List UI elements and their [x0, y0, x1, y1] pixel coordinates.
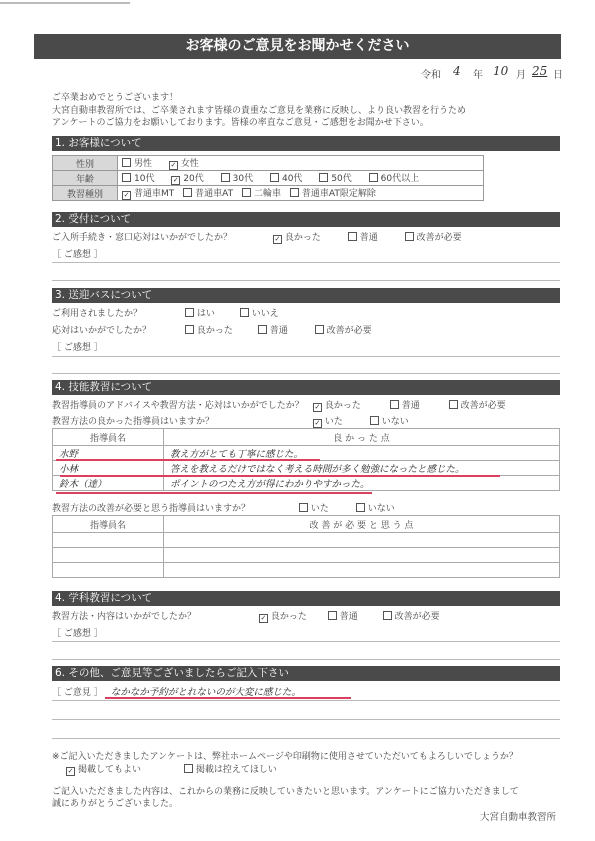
date-day-unit: 日: [553, 66, 563, 81]
table-row-gender: 性別 男性 ✓女性: [53, 156, 484, 171]
comment-line[interactable]: [52, 641, 560, 642]
checkbox-no[interactable]: いない: [370, 414, 409, 427]
classroom-question-row: 教習方法・内容はいかがでしたか？ ✓良かった 普通 改善が必要: [52, 609, 454, 623]
table-row: [53, 548, 560, 563]
age-options: 10代 ✓20代 30代 40代 50代 60代以上: [118, 171, 484, 186]
checked-checkbox-icon: ✓: [66, 767, 75, 776]
section-header-customer: 1. お客様について: [52, 136, 560, 151]
column-header-improvement-points: 改 善 が 必 要 と 思 う 点: [164, 516, 560, 533]
table-row: [53, 533, 560, 548]
checkbox-female[interactable]: ✓女性: [169, 156, 199, 170]
checkbox-icon: [185, 325, 194, 334]
row-label: 教習種別: [53, 186, 118, 201]
checkbox-icon: [405, 232, 414, 241]
checkbox-at-limit-removal[interactable]: 普通車AT限定解除: [290, 186, 376, 199]
question-text: 教習方法・内容はいかがでしたか？: [52, 609, 256, 622]
checkbox-icon: [383, 611, 392, 620]
checkbox-30s[interactable]: 30代: [221, 171, 253, 184]
checkbox-good[interactable]: 良かった: [185, 323, 233, 336]
checkbox-allow-publish[interactable]: ✓掲載してもよい: [66, 764, 141, 776]
checkbox-normal[interactable]: 普通: [348, 230, 378, 243]
checkbox-icon: [348, 232, 357, 241]
checkbox-icon: [258, 325, 267, 334]
highlight-underline: [105, 697, 351, 699]
checkbox-no[interactable]: いいえ: [240, 306, 279, 319]
checkbox-50s[interactable]: 50代: [319, 171, 351, 184]
section-header-other-comments: 6. その他、ご意見等ございましたらご記入下さい: [52, 666, 560, 681]
checked-checkbox-icon: ✓: [122, 191, 131, 200]
table-row-age: 年齢 10代 ✓20代 30代 40代 50代 60代以上: [53, 171, 484, 186]
intro-line: ご卒業おめでとうございます！: [52, 92, 572, 105]
classroom-comment-label: ［ ご感想 ］: [52, 626, 103, 639]
question-text: 教習指導員のアドバイスや教習方法・応対はいかがでしたか？: [52, 398, 310, 411]
question-text: ご入所手続き・窓口応対はいかがでしたか？: [52, 230, 270, 243]
checkbox-no[interactable]: いない: [356, 501, 395, 514]
comment-line[interactable]: [52, 719, 560, 720]
checkbox-icon: [240, 308, 249, 317]
checkbox-good[interactable]: ✓良かった: [313, 398, 361, 412]
checkbox-icon: [183, 188, 192, 197]
section-header-skills-training: 4. 技能教習について: [52, 380, 560, 395]
comment-line[interactable]: [52, 356, 560, 357]
checkbox-icon: [369, 173, 378, 182]
comment-line[interactable]: [52, 738, 560, 739]
intro-line: アンケートのご協力をお願いしております。皆様の率直なご意見・ご感想をお聞かせ下さ…: [52, 117, 572, 130]
comment-label: ［ ご意見 ］: [52, 685, 108, 698]
checkbox-icon: [370, 416, 379, 425]
checkbox-icon: [315, 325, 324, 334]
improvement-comment[interactable]: [164, 548, 560, 563]
checkbox-icon: [221, 173, 230, 182]
highlight-underline: [56, 459, 320, 461]
improvement-comment[interactable]: [164, 533, 560, 548]
reception-comment-label: ［ ご感想 ］: [52, 247, 103, 260]
question-text: 教習方法の改善が必要と思う指導員はいますか？: [52, 501, 296, 514]
table-header-row: 指導員名 改 善 が 必 要 と 思 う 点: [53, 516, 560, 533]
checkbox-icon: [122, 158, 131, 167]
checkbox-icon: [390, 400, 399, 409]
bus-comment-label: ［ ご感想 ］: [52, 340, 103, 353]
date-day[interactable]: 25: [532, 64, 547, 78]
consent-options: ✓掲載してもよい 掲載は控えてほしい: [66, 764, 291, 776]
comment-line[interactable]: [52, 262, 560, 263]
closing-line: ご記入いただきました内容は、これからの業務に反映していきたいと思います。アンケー…: [52, 786, 519, 798]
checkbox-good[interactable]: ✓良かった: [273, 230, 321, 244]
consent-question: ※ご記入いただきましたアンケートは、弊社ホームページや印刷物に使用させていただい…: [52, 751, 518, 763]
date-month-unit: 月: [516, 66, 526, 81]
checkbox-icon: [328, 611, 337, 620]
checkbox-automatic[interactable]: 普通車AT: [183, 186, 233, 199]
customer-info-table: 性別 男性 ✓女性 年齢 10代 ✓20代 30代 40代 50代 60代以上 …: [52, 155, 484, 201]
checkbox-icon: [242, 188, 251, 197]
checkbox-manual[interactable]: ✓普通車MT: [122, 186, 174, 200]
date-month[interactable]: 10: [493, 64, 508, 78]
checkbox-icon: [356, 503, 365, 512]
section-header-shuttle-bus: 3. 送迎バスについて: [52, 288, 560, 303]
improve-instructor-question-row: 教習方法の改善が必要と思う指導員はいますか？ いた いない: [52, 501, 409, 514]
checkbox-male[interactable]: 男性: [122, 156, 152, 169]
checkbox-icon: [290, 188, 299, 197]
question-text: 教習方法の良かった指導員はいますか？: [52, 414, 310, 427]
table-row-course: 教習種別 ✓普通車MT 普通車AT 二輪車 普通車AT限定解除: [53, 186, 484, 201]
checkbox-icon: [122, 173, 131, 182]
checkbox-icon: [319, 173, 328, 182]
instructor-name[interactable]: 鈴木（達）: [53, 476, 164, 491]
checkbox-40s[interactable]: 40代: [270, 171, 302, 184]
checked-checkbox-icon: ✓: [259, 614, 268, 623]
checkbox-20s[interactable]: ✓20代: [171, 171, 203, 185]
checkbox-motorcycle[interactable]: 二輪車: [242, 186, 281, 199]
checkbox-yes[interactable]: いた: [299, 501, 329, 514]
instructor-name[interactable]: [53, 533, 164, 548]
closing-line: 誠にありがとうございました。: [52, 798, 519, 810]
checked-checkbox-icon: ✓: [313, 403, 322, 412]
checkbox-good[interactable]: ✓良かった: [259, 609, 307, 623]
checkbox-60s-plus[interactable]: 60代以上: [369, 171, 419, 184]
good-point-comment[interactable]: ポイントのつたえ方が得にわかりやすかった。: [164, 476, 560, 491]
checkbox-icon: [270, 173, 279, 182]
intro-text: ご卒業おめでとうございます！ 大宮自動車教習所では、ご卒業されます皆様の貴重なご…: [52, 92, 572, 130]
comment-line[interactable]: [52, 280, 560, 281]
bus-service-row: 応対はいかがでしたか？ 良かった 普通 改善が必要: [52, 323, 386, 336]
good-point-comment[interactable]: 答えを教えるだけではなく考える時間が多く勉強になったと感じた。: [164, 461, 560, 476]
question-text: 応対はいかがでしたか？: [52, 323, 182, 336]
comment-line[interactable]: [52, 700, 560, 701]
comment-line[interactable]: [52, 373, 560, 374]
checkbox-icon: [449, 400, 458, 409]
date-year[interactable]: 4: [453, 64, 461, 78]
highlight-underline: [56, 492, 372, 494]
good-instructor-question-row: 教習方法の良かった指導員はいますか？ ✓いた いない: [52, 414, 423, 428]
checkbox-normal[interactable]: 普通: [390, 398, 420, 411]
gender-options: 男性 ✓女性: [118, 156, 484, 171]
checkbox-icon: [185, 308, 194, 317]
scan-edge-line: [0, 2, 130, 4]
signature: 大宮自動車教習所: [480, 812, 556, 824]
column-header-good-points: 良 か っ た 点: [164, 429, 560, 446]
other-comment-row: ［ ご意見 ］ なかなか予約がとれないのが大変に感じた。: [52, 684, 301, 698]
section-header-classroom-training: 4. 学科教習について: [52, 591, 560, 606]
checkbox-icon: [184, 764, 193, 773]
section-header-reception: 2. 受付について: [52, 212, 560, 227]
question-text: ご利用されましたか？: [52, 306, 182, 319]
checkbox-icon: [299, 503, 308, 512]
checkbox-yes[interactable]: ✓いた: [313, 414, 343, 428]
table-row: 鈴木（達） ポイントのつたえ方が得にわかりやすかった。: [53, 476, 560, 491]
table-row: 小林 答えを教えるだけではなく考える時間が多く勉強になったと感じた。: [53, 461, 560, 476]
instructor-name[interactable]: [53, 548, 164, 563]
checkbox-needs-improvement[interactable]: 改善が必要: [405, 230, 462, 243]
checked-checkbox-icon: ✓: [273, 235, 282, 244]
intro-line: 大宮自動車教習所では、ご卒業されます皆様の貴重なご意見を業務に反映し、より良い教…: [52, 105, 572, 118]
table-header-row: 指導員名 良 か っ た 点: [53, 429, 560, 446]
page-title: お客様のご意見をお聞かせください: [34, 34, 561, 59]
comment-line[interactable]: [52, 659, 560, 660]
improve-instructor-table: 指導員名 改 善 が 必 要 と 思 う 点: [52, 515, 560, 578]
column-header-instructor: 指導員名: [53, 429, 164, 446]
column-header-instructor: 指導員名: [53, 516, 164, 533]
checkbox-needs-improvement[interactable]: 改善が必要: [383, 609, 440, 622]
checked-checkbox-icon: ✓: [171, 176, 180, 185]
checked-checkbox-icon: ✓: [169, 161, 178, 170]
advice-question-row: 教習指導員のアドバイスや教習方法・応対はいかがでしたか？ ✓良かった 普通 改善…: [52, 398, 520, 412]
instructor-name[interactable]: [53, 563, 164, 578]
highlight-underline: [60, 475, 500, 477]
date-era: 令和: [421, 66, 441, 81]
checkbox-normal[interactable]: 普通: [258, 323, 288, 336]
bus-usage-row: ご利用されましたか？ はい いいえ: [52, 306, 293, 319]
instructor-name[interactable]: 小林: [53, 461, 164, 476]
course-options: ✓普通車MT 普通車AT 二輪車 普通車AT限定解除: [118, 186, 484, 201]
improvement-comment[interactable]: [164, 563, 560, 578]
date-year-unit: 年: [473, 66, 483, 81]
row-label: 年齢: [53, 171, 118, 186]
checkbox-decline-publish[interactable]: 掲載は控えてほしい: [184, 764, 277, 776]
row-label: 性別: [53, 156, 118, 171]
table-row: [53, 563, 560, 578]
checkbox-10s[interactable]: 10代: [122, 171, 154, 184]
checkbox-needs-improvement[interactable]: 改善が必要: [315, 323, 372, 336]
closing-text: ご記入いただきました内容は、これからの業務に反映していきたいと思います。アンケー…: [52, 786, 519, 810]
checked-checkbox-icon: ✓: [313, 419, 322, 428]
checkbox-yes[interactable]: はい: [185, 306, 215, 319]
checkbox-needs-improvement[interactable]: 改善が必要: [449, 398, 506, 411]
checkbox-normal[interactable]: 普通: [328, 609, 358, 622]
reception-question-row: ご入所手続き・窓口応対はいかがでしたか？ ✓良かった 普通 改善が必要: [52, 230, 476, 244]
